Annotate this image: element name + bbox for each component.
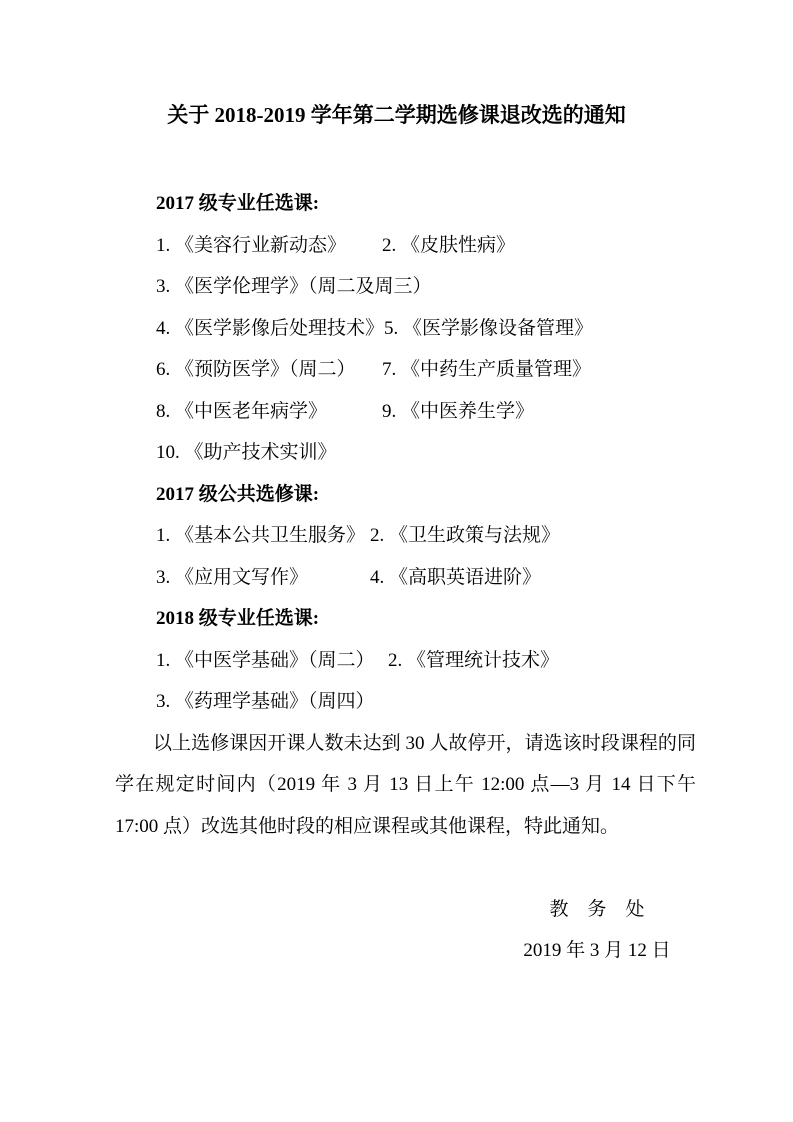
course-lists: 2017 级专业任选课: 1. 《美容行业新动态》2. 《皮肤性病》 3. 《医… xyxy=(156,183,793,723)
course-item: 10. 《助产技术实训》 xyxy=(156,432,382,474)
course-item: 6. 《预防医学》（周二） xyxy=(156,349,382,391)
signature-date: 2019 年 3 月 12 日 xyxy=(446,930,748,972)
section-heading-2017-public: 2017 级公共选修课: xyxy=(156,474,793,516)
course-item: 4. 《医学影像后处理技术》 xyxy=(156,308,384,350)
course-item: 8. 《中医老年病学》 xyxy=(156,391,382,433)
course-item: 3. 《应用文写作》 xyxy=(156,557,370,599)
course-item: 4. 《高职英语进阶》 xyxy=(370,567,541,588)
course-item: 2. 《卫生政策与法规》 xyxy=(370,525,560,546)
course-item: 1. 《基本公共卫生服务》 xyxy=(156,515,370,557)
section-heading-2018-professional: 2018 级专业任选课: xyxy=(156,598,793,640)
course-row: 1. 《美容行业新动态》2. 《皮肤性病》 xyxy=(156,225,793,267)
document-body: 2017 级专业任选课: 1. 《美容行业新动态》2. 《皮肤性病》 3. 《医… xyxy=(0,183,793,972)
course-item: 2. 《皮肤性病》 xyxy=(382,235,515,256)
course-row: 6. 《预防医学》（周二）7. 《中药生产质量管理》 xyxy=(156,349,793,391)
course-row: 8. 《中医老年病学》9. 《中医养生学》 xyxy=(156,391,793,433)
course-row: 1. 《中医学基础》（周二）2. 《管理统计技术》 xyxy=(156,640,793,682)
course-row: 4. 《医学影像后处理技术》5. 《医学影像设备管理》 xyxy=(156,308,793,350)
notice-paragraph: 以上选修课因开课人数未达到 30 人故停开，请选该时段课程的同学在规定时间内（2… xyxy=(115,723,696,848)
course-item: 1. 《美容行业新动态》 xyxy=(156,225,382,267)
course-row: 1. 《基本公共卫生服务》2. 《卫生政策与法规》 xyxy=(156,515,793,557)
section-heading-2017-professional: 2017 级专业任选课: xyxy=(156,183,793,225)
course-item: 1. 《中医学基础》（周二） xyxy=(156,640,388,682)
course-item: 5. 《医学影像设备管理》 xyxy=(384,318,593,339)
course-row: 3. 《应用文写作》4. 《高职英语进阶》 xyxy=(156,557,793,599)
signature-block: 教 务 处 2019 年 3 月 12 日 xyxy=(446,889,748,972)
course-row: 10. 《助产技术实训》 xyxy=(156,432,793,474)
signature-office: 教 务 处 xyxy=(446,889,748,931)
document-title: 关于 2018-2019 学年第二学期选修课退改选的通知 xyxy=(0,95,793,137)
course-item: 9. 《中医养生学》 xyxy=(382,401,534,422)
course-row: 3. 《药理学基础》（周四） xyxy=(156,681,793,723)
notice-document-page: 关于 2018-2019 学年第二学期选修课退改选的通知 2017 级专业任选课… xyxy=(0,0,793,1122)
course-item: 3. 《药理学基础》（周四） xyxy=(156,681,388,723)
course-row: 3. 《医学伦理学》（周二及周三） xyxy=(156,266,793,308)
course-item: 7. 《中药生产质量管理》 xyxy=(382,359,591,380)
course-item: 3. 《医学伦理学》（周二及周三） xyxy=(156,266,432,308)
course-item: 2. 《管理统计技术》 xyxy=(388,650,559,671)
